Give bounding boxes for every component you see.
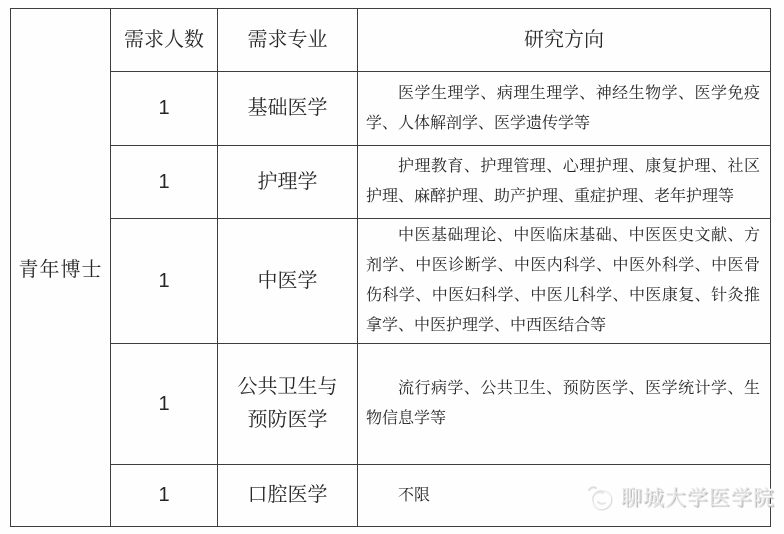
recruitment-table: 青年博士 需求人数 需求专业 研究方向 1 基础医学 医学生理学、病理生理学、神… <box>10 8 771 527</box>
table-row: 1 基础医学 医学生理学、病理生理学、神经生物学、医学免疫学、人体解剖学、医学遗… <box>11 72 771 146</box>
university-seal-icon <box>586 482 614 512</box>
count-cell: 1 <box>111 72 218 146</box>
major-cell: 护理学 <box>218 146 358 219</box>
direction-cell: 中医基础理论、中医临床基础、中医医史文献、方剂学、中医诊断学、中医内科学、中医外… <box>358 219 771 344</box>
group-label-cell: 青年博士 <box>11 9 111 527</box>
direction-cell: 流行病学、公共卫生、预防医学、医学统计学、生物信息学等 <box>358 344 771 465</box>
major-cell: 口腔医学 <box>218 465 358 527</box>
watermark-text: 聊城大学医学院 <box>621 482 775 512</box>
page: { "table": { "group_label": "青年博士", "hea… <box>0 0 784 534</box>
header-count: 需求人数 <box>111 9 218 72</box>
header-major: 需求专业 <box>218 9 358 72</box>
count-cell: 1 <box>111 146 218 219</box>
major-cell: 中医学 <box>218 219 358 344</box>
header-direction: 研究方向 <box>358 9 771 72</box>
header-row: 青年博士 需求人数 需求专业 研究方向 <box>11 9 771 72</box>
table-row: 1 公共卫生与预防医学 流行病学、公共卫生、预防医学、医学统计学、生物信息学等 <box>11 344 771 465</box>
major-cell: 公共卫生与预防医学 <box>218 344 358 465</box>
count-cell: 1 <box>111 219 218 344</box>
direction-cell: 护理教育、护理管理、心理护理、康复护理、社区护理、麻醉护理、助产护理、重症护理、… <box>358 146 771 219</box>
table-row: 1 护理学 护理教育、护理管理、心理护理、康复护理、社区护理、麻醉护理、助产护理… <box>11 146 771 219</box>
count-cell: 1 <box>111 344 218 465</box>
table-row: 1 中医学 中医基础理论、中医临床基础、中医医史文献、方剂学、中医诊断学、中医内… <box>11 219 771 344</box>
direction-cell: 医学生理学、病理生理学、神经生物学、医学免疫学、人体解剖学、医学遗传学等 <box>358 72 771 146</box>
major-cell: 基础医学 <box>218 72 358 146</box>
count-cell: 1 <box>111 465 218 527</box>
watermark: 聊城大学医学院 <box>586 482 775 512</box>
